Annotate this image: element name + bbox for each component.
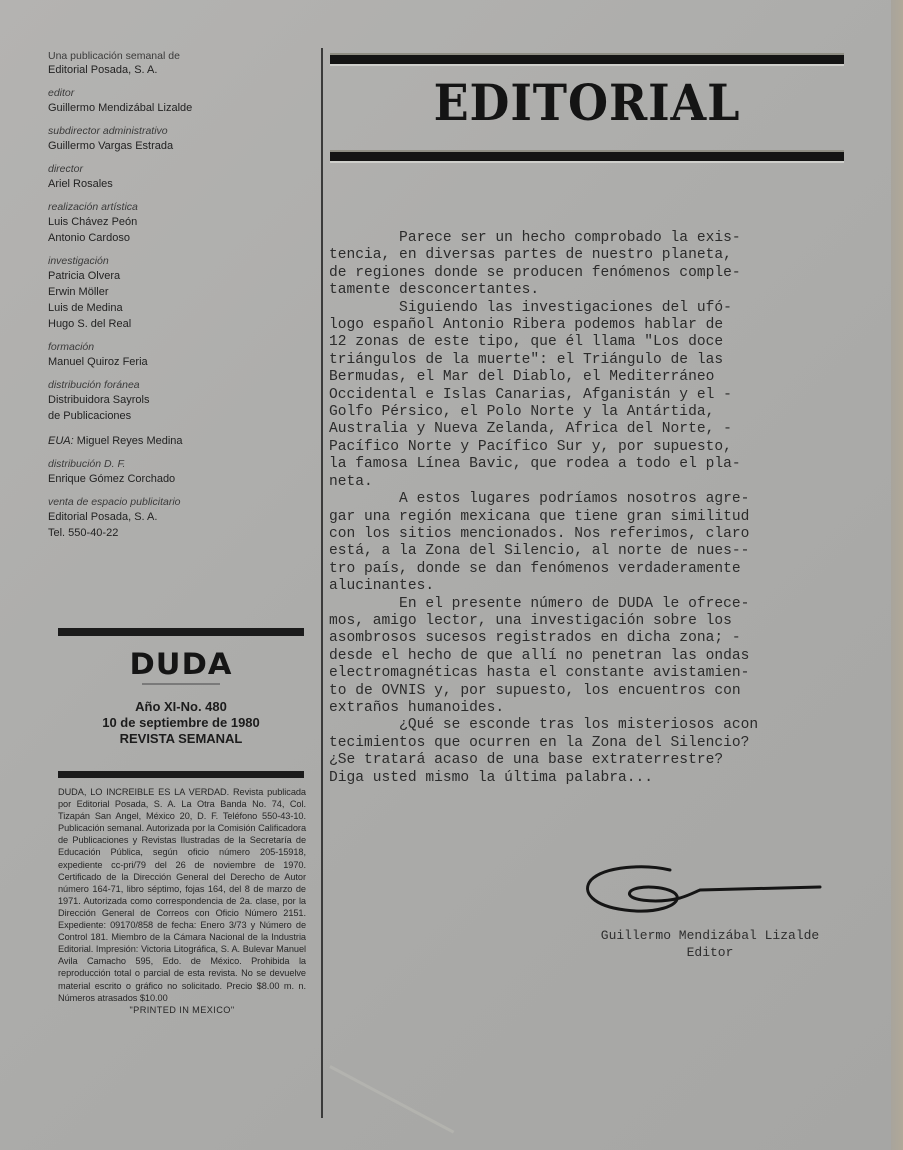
credit-entry: EUA: Miguel Reyes Medina <box>48 433 306 449</box>
editorial-line: neta. <box>329 474 869 491</box>
credit-name: Editorial Posada, S. A. <box>48 63 306 78</box>
credit-entry: distribución foráneaDistribuidora Sayrol… <box>48 379 306 424</box>
credit-role: distribución D. F. <box>48 458 306 471</box>
credit-role: EUA: <box>48 435 74 447</box>
editor-name: Guillermo Mendizábal Lizalde <box>540 927 880 944</box>
paper-crease <box>329 1065 454 1133</box>
issue-number: Año XI-No. 480 <box>58 699 304 715</box>
editor-title: Editor <box>540 944 880 961</box>
editorial-line: Golfo Pérsico, el Polo Norte y la Antárt… <box>329 404 869 421</box>
editorial-line: está, a la Zona del Silencio, al norte d… <box>329 543 869 560</box>
editorial-line: Australia y Nueva Zelanda, Africa del No… <box>329 421 869 438</box>
credit-entry: venta de espacio publicitarioEditorial P… <box>48 496 306 541</box>
editorial-line: En el presente número de DUDA le ofrece- <box>329 596 869 613</box>
column-divider <box>321 48 323 1118</box>
credit-entry: distribución D. F.Enrique Gómez Corchado <box>48 458 306 487</box>
editorial-bar-bottom <box>330 152 844 161</box>
credit-entry: investigaciónPatricia OlveraErwin Möller… <box>48 255 306 332</box>
editorial-line: Bermudas, el Mar del Diablo, el Mediterr… <box>329 369 869 386</box>
credit-name: Miguel Reyes Medina <box>77 435 183 447</box>
credit-name: Patricia Olvera <box>48 268 306 284</box>
editorial-line: alucinantes. <box>329 578 869 595</box>
editorial-line: triángulos de la muerte": el Triángulo d… <box>329 352 869 369</box>
editorial-line: tecimientos que ocurren en la Zona del S… <box>329 735 869 752</box>
credit-name: Luis Chávez Peón <box>48 214 306 230</box>
credit-role: investigación <box>48 255 306 268</box>
editorial-line: extraños humanoides. <box>329 700 869 717</box>
editorial-line: tamente desconcertantes. <box>329 282 869 299</box>
editorial-line: logo español Antonio Ribera podemos habl… <box>329 317 869 334</box>
credit-name: Erwin Möller <box>48 284 306 300</box>
legal-text: DUDA, LO INCREIBLE ES LA VERDAD. Revista… <box>58 787 306 1003</box>
editorial-line: Pacífico Norte y Pacífico Sur y, por sup… <box>329 439 869 456</box>
editorial-line: Parece ser un hecho comprobado la exis- <box>329 230 869 247</box>
credit-entry: formaciónManuel Quiroz Feria <box>48 341 306 370</box>
credit-role: subdirector administrativo <box>48 125 306 138</box>
credit-entry: Una publicación semanal deEditorial Posa… <box>48 50 306 78</box>
editorial-line: desde el hecho de que allí no penetran l… <box>329 648 869 665</box>
editorial-line: to de OVNIS y, por supuesto, los encuent… <box>329 683 869 700</box>
credit-name: Enrique Gómez Corchado <box>48 471 306 487</box>
credit-name: Hugo S. del Real <box>48 316 306 332</box>
credit-role: Una publicación semanal de <box>48 50 306 63</box>
printed-in-mexico: "PRINTED IN MEXICO" <box>58 1004 306 1016</box>
masthead-rule-top <box>58 628 304 636</box>
editorial-line: ¿Qué se esconde tras los misteriosos aco… <box>329 717 869 734</box>
editorial-line: 12 zonas de este tipo, que él llama "Los… <box>329 334 869 351</box>
masthead-credits: Una publicación semanal deEditorial Posa… <box>48 50 306 550</box>
editorial-line: gar una región mexicana que tiene gran s… <box>329 509 869 526</box>
credit-entry: editorGuillermo Mendizábal Lizalde <box>48 87 306 116</box>
credit-name: Tel. 550-40-22 <box>48 525 306 541</box>
logo-tagline <box>142 683 220 685</box>
credit-name: Manuel Quiroz Feria <box>48 354 306 370</box>
editorial-line: de regiones donde se producen fenómenos … <box>329 265 869 282</box>
credit-name: Guillermo Mendizábal Lizalde <box>48 100 306 116</box>
credit-role: distribución foránea <box>48 379 306 392</box>
issue-frequency: REVISTA SEMANAL <box>58 731 304 747</box>
editorial-line: A estos lugares podríamos nosotros agre- <box>329 491 869 508</box>
editorial-line: ¿Se tratará acaso de una base extraterre… <box>329 752 869 769</box>
credit-role: formación <box>48 341 306 354</box>
editorial-line: la famosa Línea Bavic, que rodea a todo … <box>329 456 869 473</box>
credit-entry: realización artísticaLuis Chávez PeónAnt… <box>48 201 306 246</box>
credit-role: director <box>48 163 306 176</box>
editorial-bar-top <box>330 55 844 64</box>
issue-date: 10 de septiembre de 1980 <box>58 715 304 731</box>
issue-info: Año XI-No. 480 10 de septiembre de 1980 … <box>58 699 304 747</box>
credit-name: Distribuidora Sayrols <box>48 392 306 408</box>
duda-logo: DUDA <box>52 648 310 680</box>
credit-entry: directorAriel Rosales <box>48 163 306 192</box>
credit-name: de Publicaciones <box>48 408 306 424</box>
editorial-line: con los sitios mencionados. Nos referimo… <box>329 526 869 543</box>
page-edge <box>891 0 903 1150</box>
credit-name: Ariel Rosales <box>48 176 306 192</box>
editorial-body: Parece ser un hecho comprobado la exis-t… <box>329 230 869 787</box>
editorial-line: tro país, donde se dan fenómenos verdade… <box>329 561 869 578</box>
credit-name: Antonio Cardoso <box>48 230 306 246</box>
signature-icon <box>585 862 825 922</box>
credit-line: EUA: Miguel Reyes Medina <box>48 433 306 449</box>
legal-notice: DUDA, LO INCREIBLE ES LA VERDAD. Revista… <box>58 786 306 1016</box>
editorial-title: EDITORIAL <box>351 74 824 132</box>
credit-name: Luis de Medina <box>48 300 306 316</box>
credit-role: venta de espacio publicitario <box>48 496 306 509</box>
editorial-line: Occidental e Islas Canarias, Afganistán … <box>329 387 869 404</box>
editorial-line: asombrosos sucesos registrados en dicha … <box>329 630 869 647</box>
editorial-line: electromagnéticas hasta el constante avi… <box>329 665 869 682</box>
editorial-line: Diga usted mismo la última palabra... <box>329 770 869 787</box>
credit-name: Guillermo Vargas Estrada <box>48 138 306 154</box>
signature-block: Guillermo Mendizábal Lizalde Editor <box>540 927 880 961</box>
masthead-logo-block: DUDA Año XI-No. 480 10 de septiembre de … <box>58 648 304 747</box>
credit-role: realización artística <box>48 201 306 214</box>
credit-name: Editorial Posada, S. A. <box>48 509 306 525</box>
editorial-line: tencia, en diversas partes de nuestro pl… <box>329 247 869 264</box>
editorial-line: Siguiendo las investigaciones del ufó- <box>329 300 869 317</box>
credit-entry: subdirector administrativoGuillermo Varg… <box>48 125 306 154</box>
credit-role: editor <box>48 87 306 100</box>
editorial-line: mos, amigo lector, una investigación sob… <box>329 613 869 630</box>
masthead-rule-bottom <box>58 771 304 778</box>
